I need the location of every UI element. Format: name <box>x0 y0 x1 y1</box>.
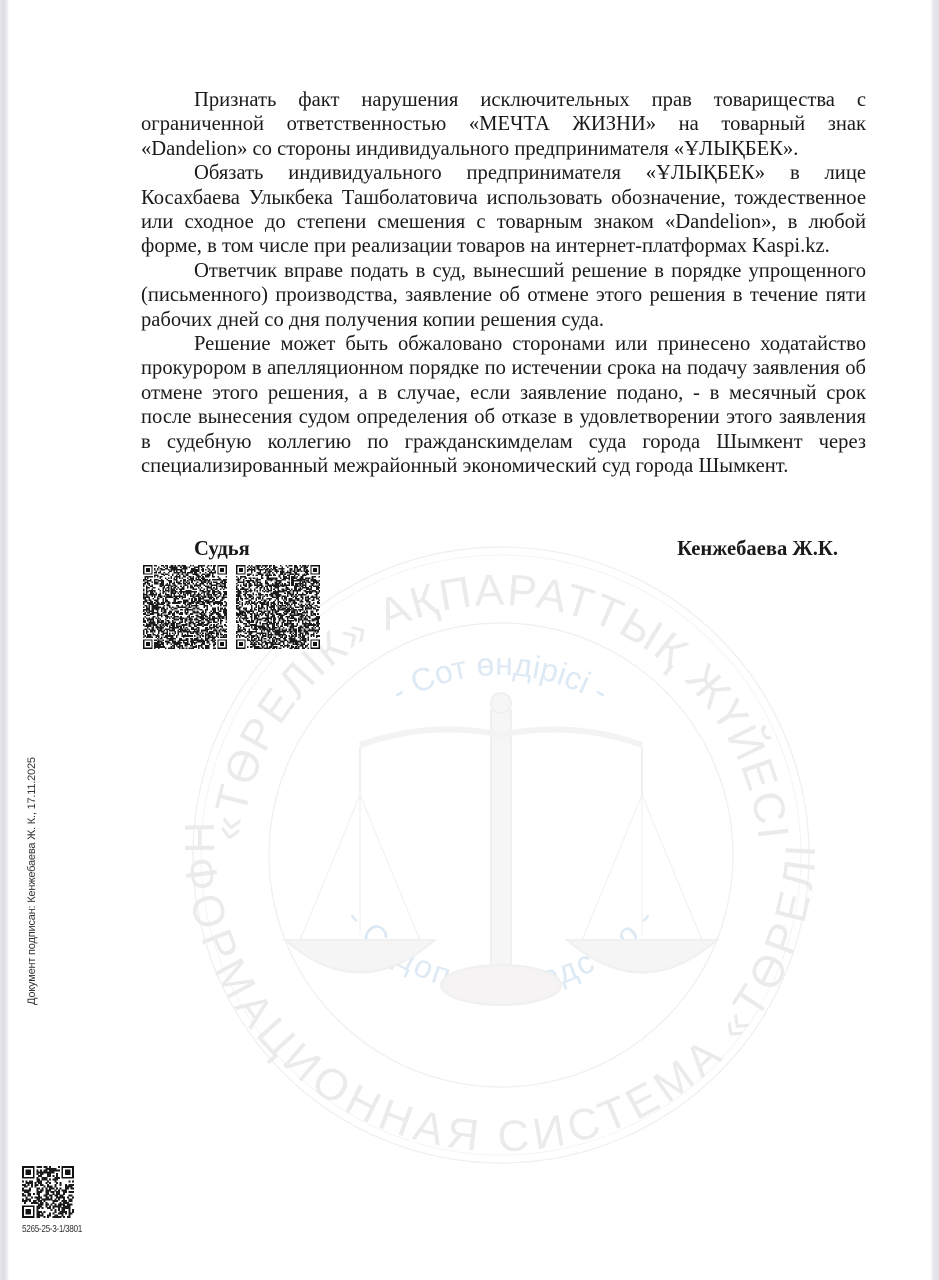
qr-code-icon <box>22 1166 74 1218</box>
paragraph-2: Обязать индивидуального предпринимателя … <box>141 161 866 259</box>
paragraph-1: Признать факт нарушения исключительных п… <box>141 88 866 161</box>
watermark-inner-top-text: - Сот өндірісі - <box>385 646 616 710</box>
page-edge-right <box>930 0 939 1280</box>
scales-of-justice-icon <box>285 693 717 1005</box>
page-edge-left <box>0 0 9 1280</box>
paragraph-4: Решение может быть обжаловано сторонами … <box>141 332 866 478</box>
qr-code-icon <box>143 565 227 649</box>
qr-code-icon <box>236 565 320 649</box>
watermark-inner-bottom-text: - Судопроизводство - <box>339 901 661 1001</box>
judge-label: Судья <box>194 538 250 561</box>
decision-text: Признать факт нарушения исключительных п… <box>141 88 866 479</box>
paragraph-3: Ответчик вправе подать в суд, вынесший р… <box>141 259 866 332</box>
document-number: 5265-25-3-1/3801 <box>22 1224 82 1235</box>
judge-name: Кенжебаева Ж.К. <box>677 538 838 561</box>
signature-stamp-note: Документ подписан: Кенжебаева Ж. К., 17.… <box>26 757 38 1005</box>
